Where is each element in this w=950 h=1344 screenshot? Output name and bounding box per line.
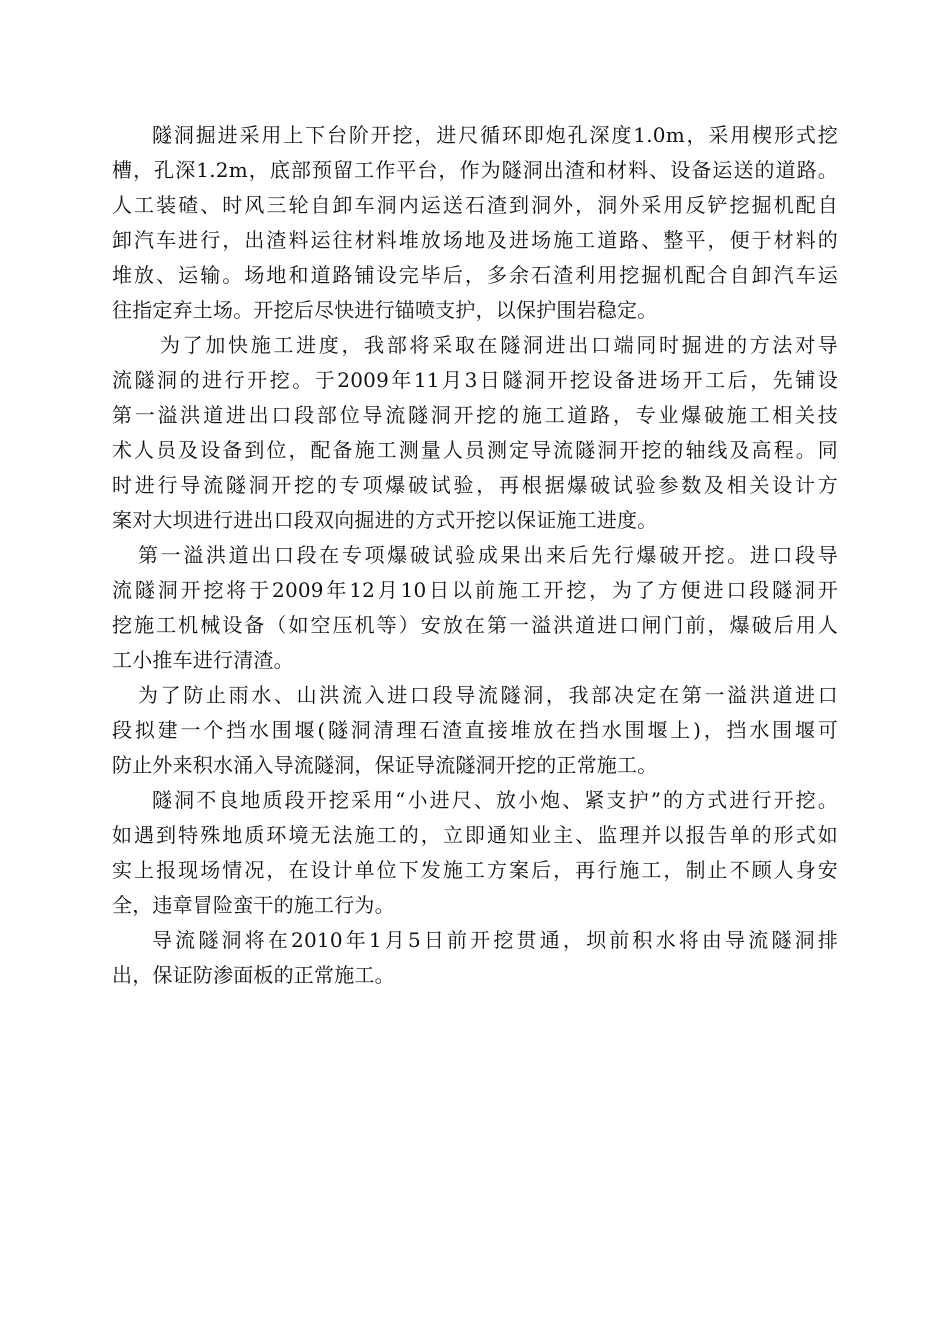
text-line: 导流隧洞将在2010年1月5日前开挖贯通，坝前积水将由导流隧洞排 [112,923,838,958]
paragraph-schedule-acceleration: 为了加快施工进度，我部将采取在隧洞进出口端同时掘进的方法对导 流隧洞的进行开挖。… [112,328,838,538]
text-line: 全，违章冒险蛮干的施工行为。 [112,888,838,923]
paragraph-poor-geology: 隧洞不良地质段开挖采用“小进尺、放小炮、紧支护”的方式进行开挖。 如遇到特殊地质… [112,783,838,923]
paragraph-excavation-method: 隧洞掘进采用上下台阶开挖，进尺循环即炮孔深度1.0m，采用楔形式挖 槽，孔深1.… [112,118,838,328]
text-line: 往指定弃土场。开挖后尽快进行锚喷支护，以保护围岩稳定。 [112,293,838,328]
text-line: 挖施工机械设备（如空压机等）安放在第一溢洪道进口闸门前，爆破后用人 [112,608,838,643]
text-line: 段拟建一个挡水围堰(隧洞清理石渣直接堆放在挡水围堰上)，挡水围堰可 [112,713,838,748]
text-line: 时进行导流隧洞开挖的专项爆破试验，再根据爆破试验参数及相关设计方 [112,468,838,503]
text-line: 槽，孔深1.2m，底部预留工作平台，作为隧洞出渣和材料、设备运送的道路。 [112,153,838,188]
text-line: 为了加快施工进度，我部将采取在隧洞进出口端同时掘进的方法对导 [112,328,838,363]
text-line: 隧洞不良地质段开挖采用“小进尺、放小炮、紧支护”的方式进行开挖。 [112,783,838,818]
text-line: 隧洞掘进采用上下台阶开挖，进尺循环即炮孔深度1.0m，采用楔形式挖 [112,118,838,153]
text-line: 卸汽车进行，出渣料运往材料堆放场地及进场施工道路、整平，便于材料的 [112,223,838,258]
text-line: 流隧洞的进行开挖。于2009年11月3日隧洞开挖设备进场开工后，先铺设 [112,363,838,398]
paragraph-spillway-outlet: 第一溢洪道出口段在专项爆破试验成果出来后先行爆破开挖。进口段导 流隧洞开挖将于2… [112,538,838,678]
text-line: 工小推车进行清渣。 [112,643,838,678]
text-line: 第一溢洪道出口段在专项爆破试验成果出来后先行爆破开挖。进口段导 [112,538,838,573]
text-line: 如遇到特殊地质环境无法施工的，立即通知业主、监理并以报告单的形式如 [112,818,838,853]
text-line: 为了防止雨水、山洪流入进口段导流隧洞，我部决定在第一溢洪道进口 [112,678,838,713]
text-line: 出，保证防渗面板的正常施工。 [112,958,838,993]
document-page: 隧洞掘进采用上下台阶开挖，进尺循环即炮孔深度1.0m，采用楔形式挖 槽，孔深1.… [0,0,950,1344]
text-line: 案对大坝进行进出口段双向掘进的方式开挖以保证施工进度。 [112,503,838,538]
text-line: 人工装碴、时风三轮自卸车洞内运送石渣到洞外，洞外采用反铲挖掘机配自 [112,188,838,223]
text-line: 流隧洞开挖将于2009年12月10日以前施工开挖，为了方便进口段隧洞开 [112,573,838,608]
text-line: 实上报现场情况，在设计单位下发施工方案后，再行施工，制止不顾人身安 [112,853,838,888]
text-line: 第一溢洪道进出口段部位导流隧洞开挖的施工道路，专业爆破施工相关技 [112,398,838,433]
text-line: 术人员及设备到位，配备施工测量人员测定导流隧洞开挖的轴线及高程。同 [112,433,838,468]
paragraph-completion: 导流隧洞将在2010年1月5日前开挖贯通，坝前积水将由导流隧洞排 出，保证防渗面… [112,923,838,993]
document-body: 隧洞掘进采用上下台阶开挖，进尺循环即炮孔深度1.0m，采用楔形式挖 槽，孔深1.… [112,118,838,993]
text-line: 防止外来积水涌入导流隧洞，保证导流隧洞开挖的正常施工。 [112,748,838,783]
paragraph-cofferdam: 为了防止雨水、山洪流入进口段导流隧洞，我部决定在第一溢洪道进口 段拟建一个挡水围… [112,678,838,783]
text-line: 堆放、运输。场地和道路铺设完毕后，多余石渣利用挖掘机配合自卸汽车运 [112,258,838,293]
